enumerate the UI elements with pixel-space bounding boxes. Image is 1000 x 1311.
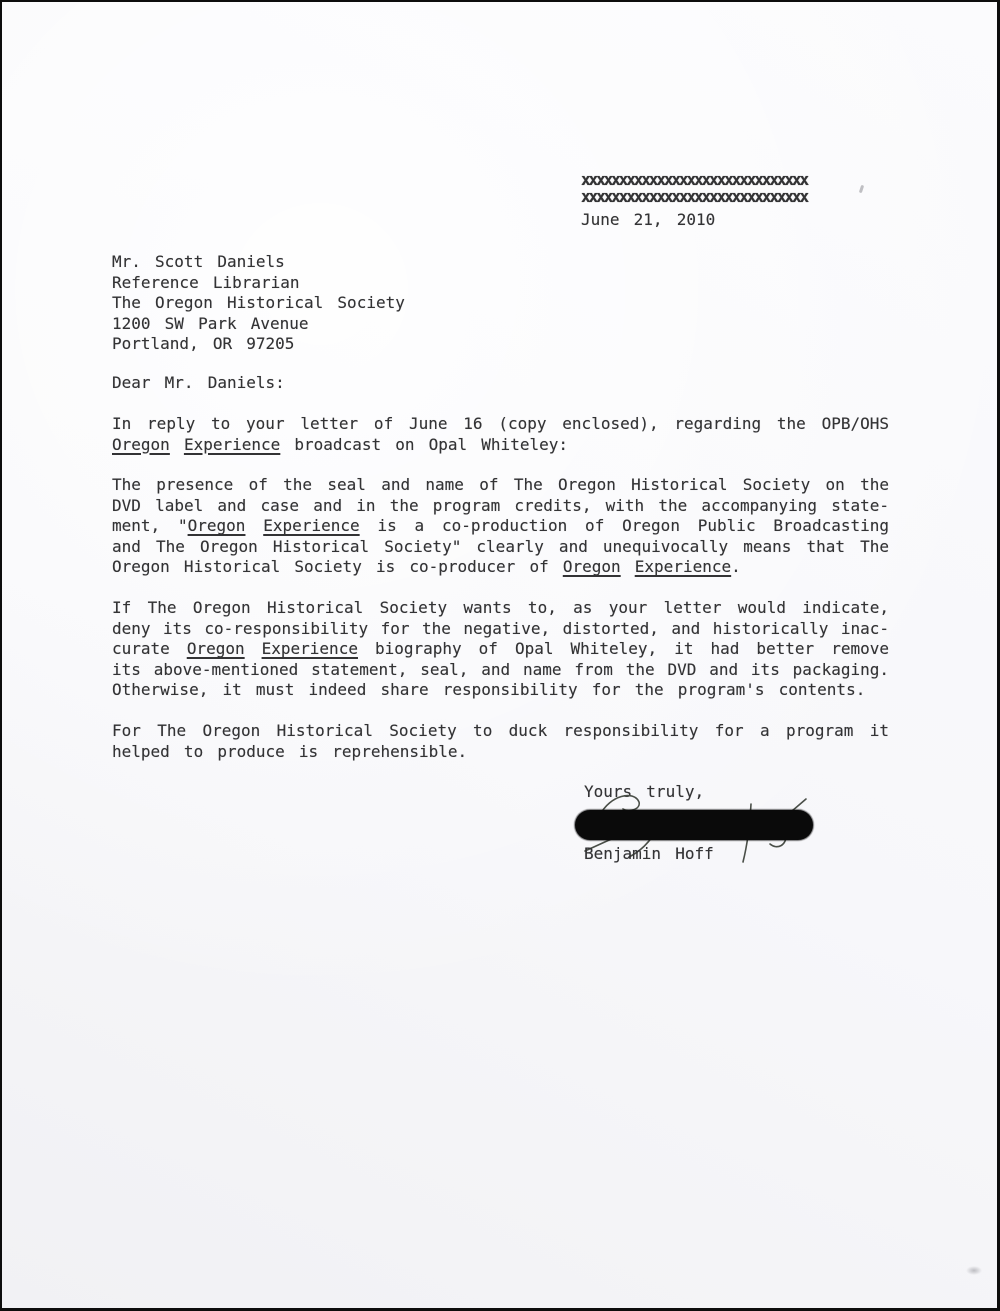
text-segment: . [731,557,741,576]
body-paragraph: The presence of the seal and name of The… [112,475,889,578]
recipient-line: Portland, OR 97205 [112,334,405,355]
text-segment: and The Oregon Historical Society" clear… [112,537,889,556]
text-segment: DVD label and case and in the program cr… [112,496,889,515]
underlined-program-title: Oregon [563,557,621,576]
text-segment: ment, " [112,516,188,535]
letter-line: Otherwise, it must indeed share responsi… [112,680,889,701]
scan-speck [966,1266,982,1275]
sender-header-block: xxxxxxxxxxxxxxxxxxxxxxxxxxxxxx xxxxxxxxx… [581,171,807,230]
letter-line: Oregon Historical Society is co-producer… [112,557,889,578]
underlined-program-title: Experience [184,435,280,454]
scan-speck [859,185,864,194]
text-segment: For The Oregon Historical Society to duc… [112,721,889,740]
letter-line: In reply to your letter of June 16 (copy… [112,414,889,435]
letter-line: If The Oregon Historical Society wants t… [112,598,889,619]
underlined-program-title: Experience [262,639,358,658]
text-segment: biography of Opal Whiteley, it had bette… [358,639,889,658]
letter-line: and The Oregon Historical Society" clear… [112,537,889,558]
signature-redaction-bar [575,810,813,840]
text-segment: its above-mentioned statement, seal, and… [112,660,889,679]
text-segment [621,557,635,576]
body-paragraph: If The Oregon Historical Society wants t… [112,598,889,701]
scanned-letter-page: xxxxxxxxxxxxxxxxxxxxxxxxxxxxxx xxxxxxxxx… [0,0,1000,1311]
valediction: Yours truly, [584,782,704,803]
recipient-line: The Oregon Historical Society [112,293,405,314]
body-paragraph: For The Oregon Historical Society to duc… [112,721,889,762]
letter-line: ment, "Oregon Experience is a co-product… [112,516,889,537]
body-paragraph: In reply to your letter of June 16 (copy… [112,414,889,455]
letter-line: For The Oregon Historical Society to duc… [112,721,889,742]
text-segment: Otherwise, it must indeed share responsi… [112,680,865,699]
recipient-line: Mr. Scott Daniels [112,252,405,273]
letter-line: helped to produce is reprehensible. [112,742,889,763]
text-segment: Oregon Historical Society is co-producer… [112,557,563,576]
underlined-program-title: Oregon [188,516,246,535]
signature-name: Benjamin Hoff [584,844,714,865]
text-segment [245,516,263,535]
redacted-address-line: xxxxxxxxxxxxxxxxxxxxxxxxxxxxxx [581,171,807,188]
text-segment: broadcast on Opal Whiteley: [280,435,568,454]
letter-date: June 21, 2010 [581,210,807,231]
recipient-address-block: Mr. Scott DanielsReference LibrarianThe … [112,252,405,355]
letter-line: DVD label and case and in the program cr… [112,496,889,517]
recipient-line: 1200 SW Park Avenue [112,314,405,335]
text-segment: deny its co-responsibility for the negat… [112,619,889,638]
text-segment [170,435,184,454]
text-segment: curate [112,639,187,658]
underlined-program-title: Experience [635,557,731,576]
underlined-program-title: Oregon [112,435,170,454]
letter-line: The presence of the seal and name of The… [112,475,889,496]
text-segment: is a co-production of Oregon Public Broa… [360,516,889,535]
underlined-program-title: Oregon [187,639,245,658]
letter-line: Oregon Experience broadcast on Opal Whit… [112,435,889,456]
redacted-address-line: xxxxxxxxxxxxxxxxxxxxxxxxxxxxxx [581,188,807,205]
text-segment [245,639,262,658]
letter-line: deny its co-responsibility for the negat… [112,619,889,640]
text-segment: The presence of the seal and name of The… [112,475,889,494]
letter-line: curate Oregon Experience biography of Op… [112,639,889,660]
text-segment: If The Oregon Historical Society wants t… [112,598,889,617]
recipient-line: Reference Librarian [112,273,405,294]
text-segment: In reply to your letter of June 16 (copy… [112,414,889,433]
text-segment: helped to produce is reprehensible. [112,742,467,761]
salutation: Dear Mr. Daniels: [112,373,285,394]
letter-line: its above-mentioned statement, seal, and… [112,660,889,681]
underlined-program-title: Experience [263,516,359,535]
